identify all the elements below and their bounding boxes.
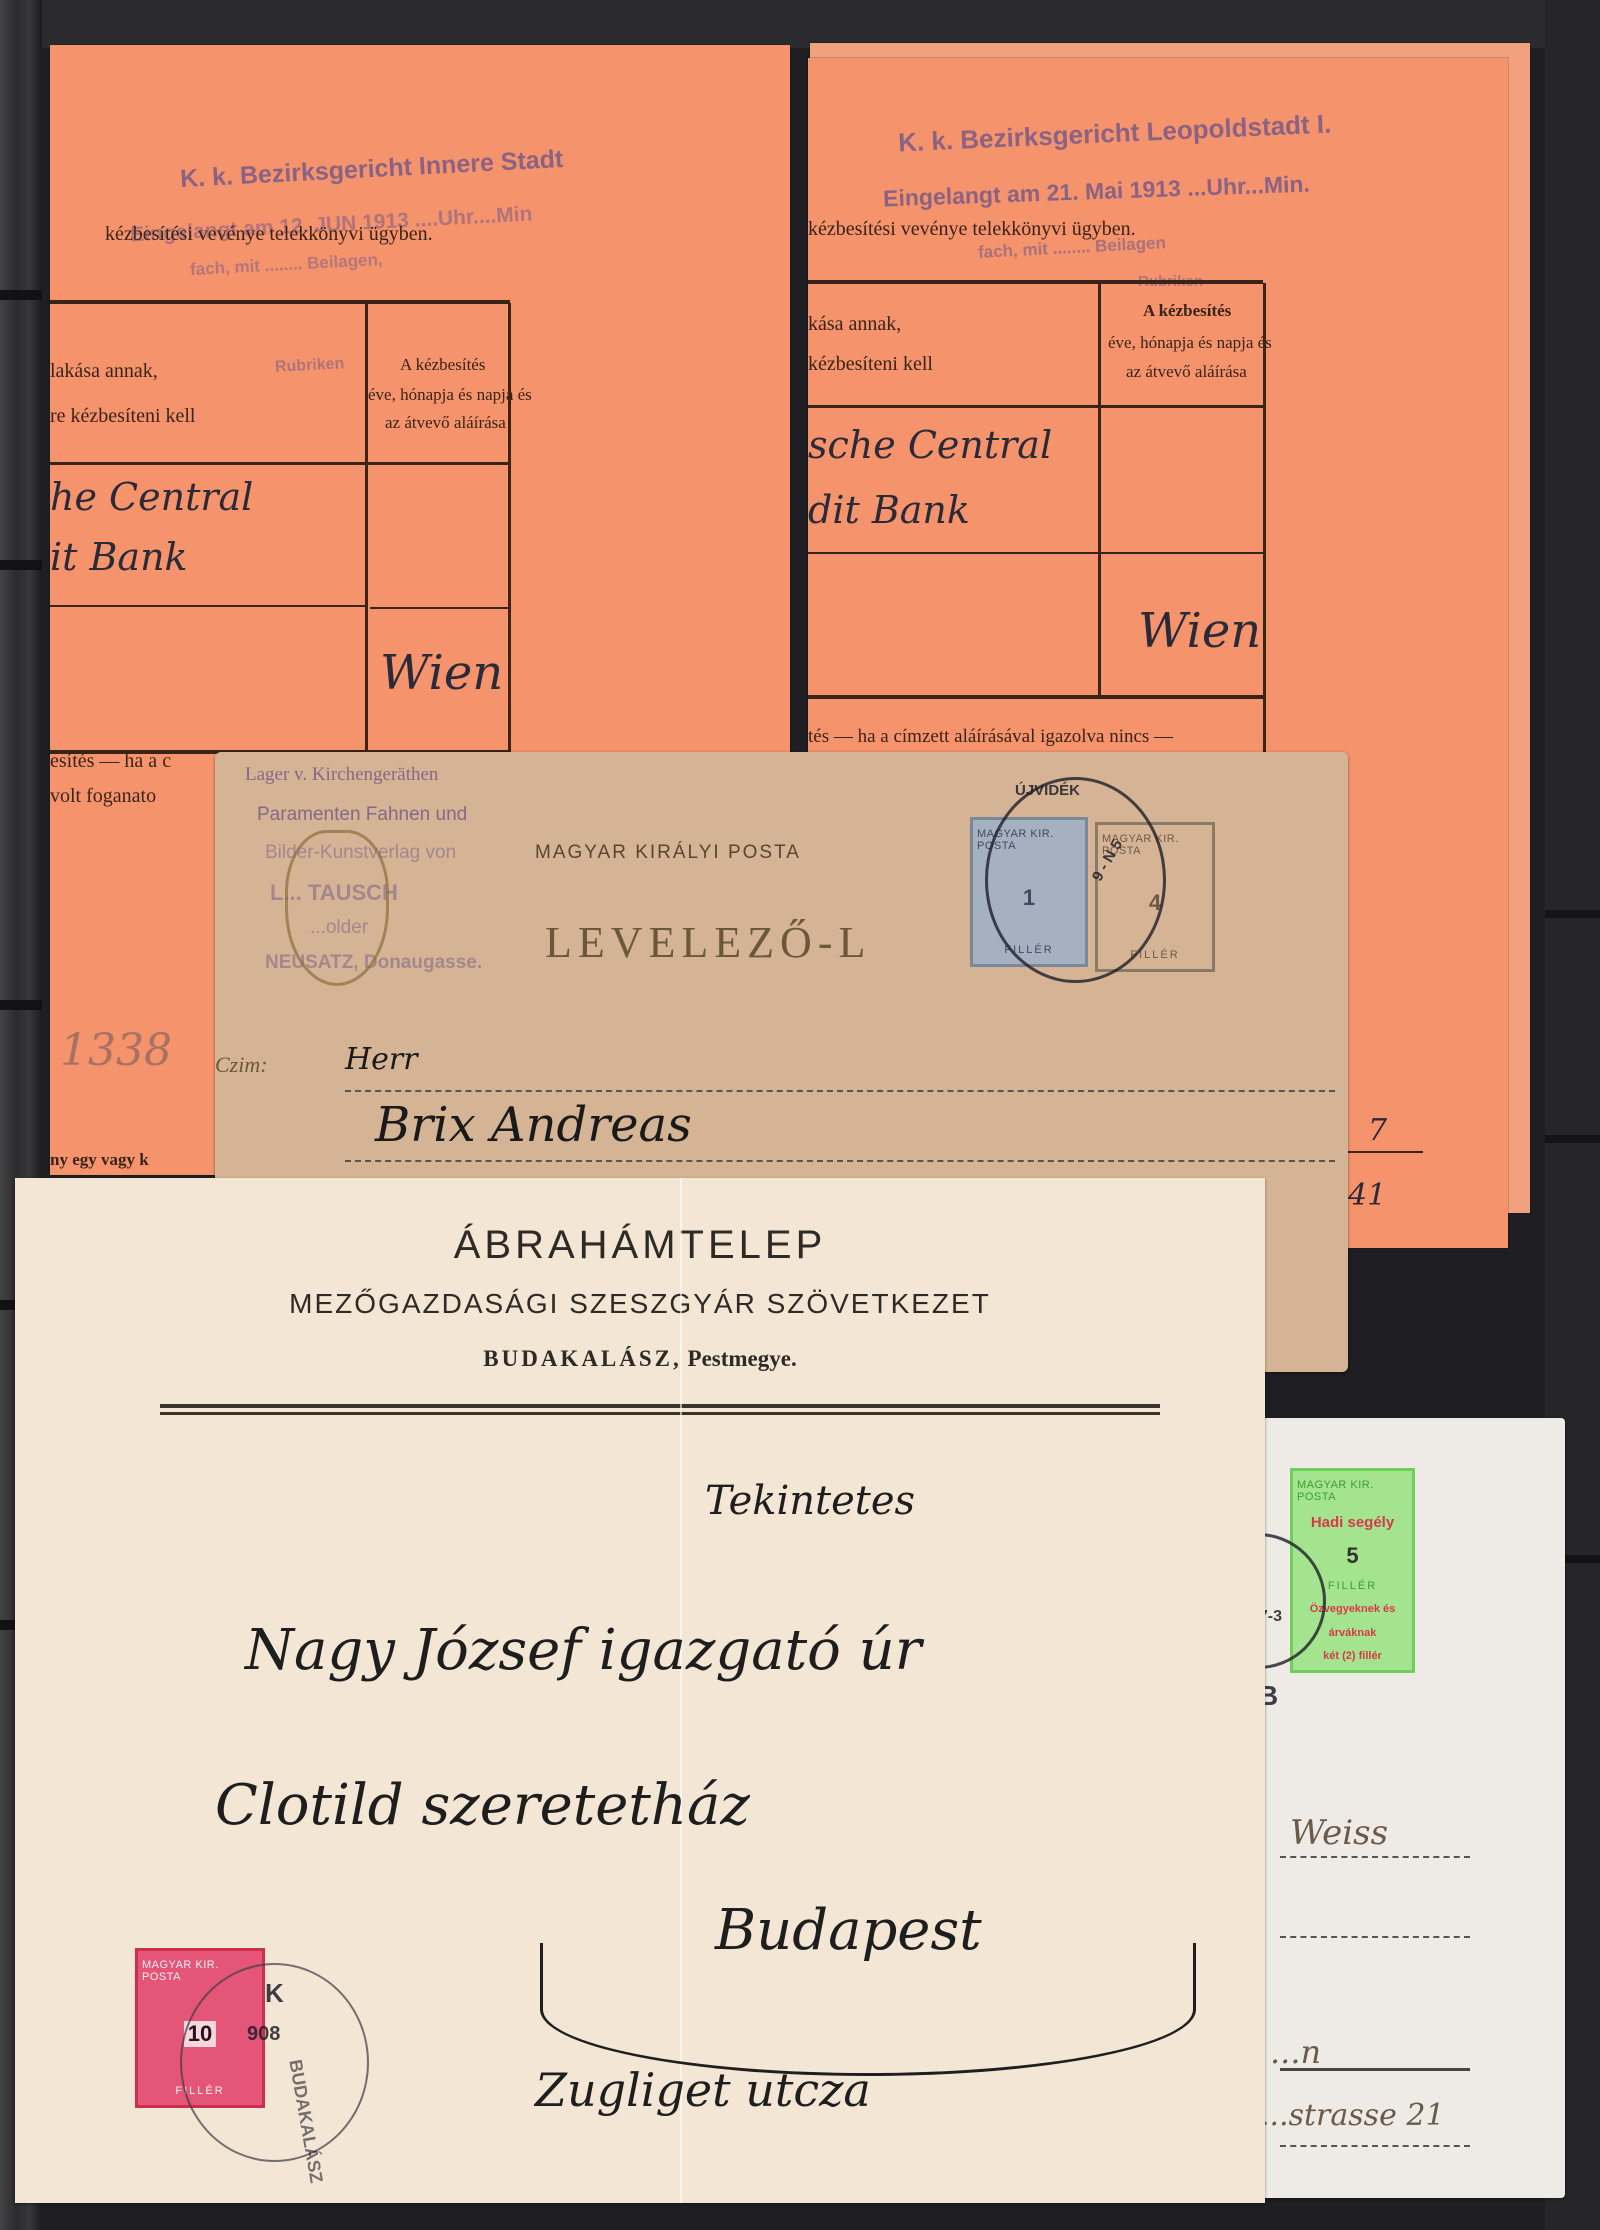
court-stamp: K. k. Bezirksgericht Leopoldstadt I.	[898, 109, 1332, 159]
city-handwritten: Wien	[380, 645, 503, 701]
address-line-4: Zugliget utcza	[535, 2063, 871, 2117]
postmark-town: ÚJVIDÉK	[1015, 782, 1080, 799]
address-line-1: Nagy József igazgató úr	[245, 1618, 921, 1683]
footer-line-1: esítés — ha a c	[50, 750, 171, 773]
bottom-text: ny egy vagy k	[50, 1150, 149, 1170]
coat-of-arms-icon	[285, 830, 389, 986]
form-heading: kézbesítési vevénye telekkönyvi ügyben.	[808, 218, 1136, 241]
pencil-fraction-top: 7	[1368, 1113, 1387, 1148]
addressee-line-2: Brix Andreas	[375, 1097, 692, 1153]
addressee-line-1: sche Central	[808, 423, 1052, 467]
received-stamp: Eingelangt am 21. Mai 1913 ...Uhr...Min.	[883, 171, 1311, 213]
underline-swash	[540, 1943, 1196, 2076]
company-name: ÁBRAHÁMTELEP	[15, 1223, 1265, 1268]
stock-page-top	[42, 0, 1545, 48]
footer-line-2: volt foganato	[50, 785, 156, 808]
white-postcard: MAGYAR KIR. POSTA Hadi segély 5 FILLÉR Ö…	[1250, 1418, 1565, 2198]
postmark-ujvidek	[985, 777, 1166, 983]
col-right-header-2: éve, hónapja és napja és	[1108, 333, 1272, 353]
addressee-line-1: Herr	[345, 1042, 418, 1077]
col-right-header-1: A kézbesítés	[400, 355, 485, 375]
sender-stamp-2: Paramenten Fahnen und	[257, 804, 467, 826]
stamp-fach: fach, mit ........ Beilagen,	[190, 250, 384, 280]
company-subtitle: MEZŐGAZDASÁGI SZESZGYÁR SZÖVETKEZET	[15, 1288, 1265, 1320]
address-label: Czim:	[215, 1052, 268, 1078]
addressee-line-1: he Central	[50, 475, 253, 519]
addressee-line-2: dit Bank	[808, 488, 970, 532]
col-right-header-1: A kézbesítés	[1143, 301, 1231, 321]
city-handwritten: Wien	[1138, 603, 1261, 659]
handwritten-line-2: ...n	[1270, 2033, 1321, 2071]
pencil-fraction-bottom: 41	[1348, 1178, 1386, 1213]
col-right-header-3: az átvevő aláírása	[1126, 362, 1247, 382]
col-right-header-3: az átvevő aláírása	[385, 413, 506, 433]
col-left-header-2: re kézbesíteni kell	[50, 405, 196, 428]
handwritten-line-3: ...strasse 21	[1260, 2098, 1445, 2133]
sender-stamp-1: Lager v. Kirchengeräthen	[245, 764, 438, 786]
overprint-top: Hadi segély	[1311, 1514, 1394, 1531]
handwritten-line-1: Weiss	[1290, 1813, 1388, 1853]
overprint-bottom-3: két (2) fillér	[1323, 1650, 1382, 1662]
col-right-header-2: éve, hónapja és napja és	[368, 385, 532, 405]
postmark-letter: K	[265, 1978, 284, 2009]
court-stamp: K. k. Bezirksgericht Innere Stadt	[180, 145, 564, 194]
overprint-bottom-2: árváknak	[1329, 1627, 1377, 1639]
letterhead-envelope: ÁBRAHÁMTELEP MEZŐGAZDASÁGI SZESZGYÁR SZÖ…	[15, 1178, 1265, 2203]
form-heading: kézbesítési vevénye telekkönyvi ügyben.	[105, 223, 433, 246]
address-line-2: Clotild szeretetház	[215, 1773, 750, 1838]
salutation: Tekintetes	[705, 1478, 915, 1524]
pencil-number: 1338	[60, 1025, 172, 1076]
col-left-header-1: lakása annak,	[50, 360, 158, 383]
company-location: BUDAKALÁSZ, Pestmegye.	[15, 1346, 1265, 1372]
postmark-year: 908	[247, 2023, 280, 2046]
addressee-line-2: it Bank	[50, 535, 188, 579]
footer-line: tés — ha a címzett aláírásával igazolva …	[808, 726, 1173, 748]
col-left-header-2: kézbesíteni kell	[808, 353, 933, 376]
col-left-header-1: kása annak,	[808, 313, 901, 336]
card-title: LEVELEZŐ-L	[545, 917, 871, 968]
publisher-header: MAGYAR KIRÁLYI POSTA	[535, 842, 801, 864]
stamp-rubriken: Rubriken	[275, 355, 345, 377]
